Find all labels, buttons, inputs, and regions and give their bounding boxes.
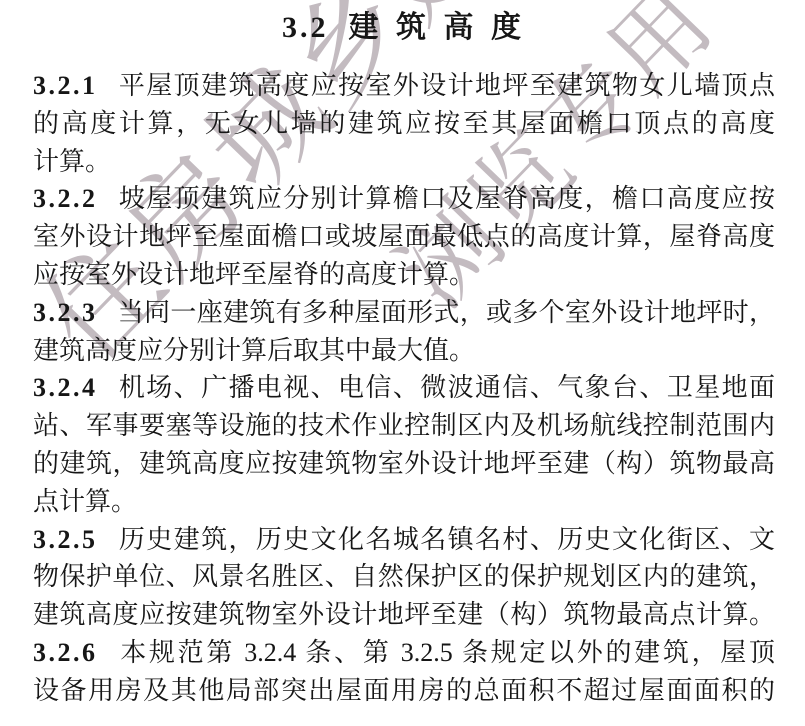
clause-text: 机场、广播电视、电信、微波通信、气象台、卫星地面	[118, 373, 776, 402]
clause-line: 3.2.2坡屋顶建筑应分别计算檐口及屋脊高度，檐口高度应按	[33, 180, 775, 218]
clause-line: 室外设计地坪至屋面檐口或坡屋面最低点的高度计算，屋脊高度	[33, 218, 775, 256]
clause-line: 设备用房及其他局部突出屋面用房的总面积不超过屋面面积的	[33, 672, 775, 710]
clause-number: 3.2.3	[33, 298, 98, 327]
clause-number: 3.2.5	[33, 525, 98, 554]
clause-line: 3.2.1平屋顶建筑高度应按室外设计地坪至建筑物女儿墙顶点	[33, 67, 775, 105]
clause-line: 的建筑，建筑高度应按建筑物室外设计地坪至建（构）筑物最高	[33, 445, 775, 483]
clause-text: 历史建筑，历史文化名城名镇名村、历史文化街区、文	[118, 525, 776, 554]
clause-text: 当同一座建筑有多种屋面形式，或多个室外设计地坪时，	[118, 298, 776, 327]
section-title-number: 3.2	[282, 11, 329, 44]
clause-number: 3.2.1	[33, 71, 98, 100]
clause-line: 的高度计算，无女儿墙的建筑应按至其屋面檐口顶点的高度	[33, 105, 775, 143]
clause-number: 3.2.2	[33, 184, 98, 213]
clause-line: 点计算。	[33, 483, 775, 521]
clause-3-2-3: 3.2.3当同一座建筑有多种屋面形式，或多个室外设计地坪时， 建筑高度应分别计算…	[33, 294, 775, 370]
clause-line: 3.2.6本规范第 3.2.4 条、第 3.2.5 条规定以外的建筑，屋顶	[33, 634, 775, 672]
clause-text: 坡屋顶建筑应分别计算檐口及屋脊高度，檐口高度应按	[118, 184, 776, 213]
section-title-text: 建 筑 高 度	[349, 11, 527, 44]
clause-3-2-2: 3.2.2坡屋顶建筑应分别计算檐口及屋脊高度，檐口高度应按 室外设计地坪至屋面檐…	[33, 180, 775, 293]
clause-number: 3.2.6	[33, 638, 98, 667]
section-title: 3.2建 筑 高 度	[33, 11, 775, 45]
clause-line: 3.2.5历史建筑，历史文化名城名镇名村、历史文化街区、文	[33, 521, 775, 559]
clause-line: 建筑高度应按建筑物室外设计地坪至建（构）筑物最高点计算。	[33, 596, 775, 634]
clause-3-2-1: 3.2.1平屋顶建筑高度应按室外设计地坪至建筑物女儿墙顶点 的高度计算，无女儿墙…	[33, 67, 775, 180]
clause-line: 站、军事要塞等设施的技术作业控制区内及机场航线控制范围内	[33, 407, 775, 445]
clause-line: 3.2.4机场、广播电视、电信、微波通信、气象台、卫星地面	[33, 369, 775, 407]
clause-text: 本规范第 3.2.4 条、第 3.2.5 条规定以外的建筑，屋顶	[118, 638, 776, 667]
clause-text: 平屋顶建筑高度应按室外设计地坪至建筑物女儿墙顶点	[118, 71, 776, 100]
clause-3-2-4: 3.2.4机场、广播电视、电信、微波通信、气象台、卫星地面 站、军事要塞等设施的…	[33, 369, 775, 520]
page-container: 住房城乡建设 浏览专用 3.2建 筑 高 度 3.2.1平屋顶建筑高度应按室外设…	[0, 0, 805, 726]
clause-line: 3.2.3当同一座建筑有多种屋面形式，或多个室外设计地坪时，	[33, 294, 775, 332]
clause-3-2-5: 3.2.5历史建筑，历史文化名城名镇名村、历史文化街区、文 物保护单位、风景名胜…	[33, 521, 775, 634]
clause-line: 物保护单位、风景名胜区、自然保护区的保护规划区内的建筑，	[33, 558, 775, 596]
clause-line: 建筑高度应分别计算后取其中最大值。	[33, 332, 775, 370]
clause-list: 3.2.1平屋顶建筑高度应按室外设计地坪至建筑物女儿墙顶点 的高度计算，无女儿墙…	[33, 67, 775, 710]
clause-3-2-6: 3.2.6本规范第 3.2.4 条、第 3.2.5 条规定以外的建筑，屋顶 设备…	[33, 634, 775, 710]
clause-number: 3.2.4	[33, 373, 98, 402]
clause-line: 应按室外设计地坪至屋脊的高度计算。	[33, 256, 775, 294]
document-content: 3.2建 筑 高 度 3.2.1平屋顶建筑高度应按室外设计地坪至建筑物女儿墙顶点…	[33, 11, 775, 710]
clause-line: 计算。	[33, 143, 775, 181]
